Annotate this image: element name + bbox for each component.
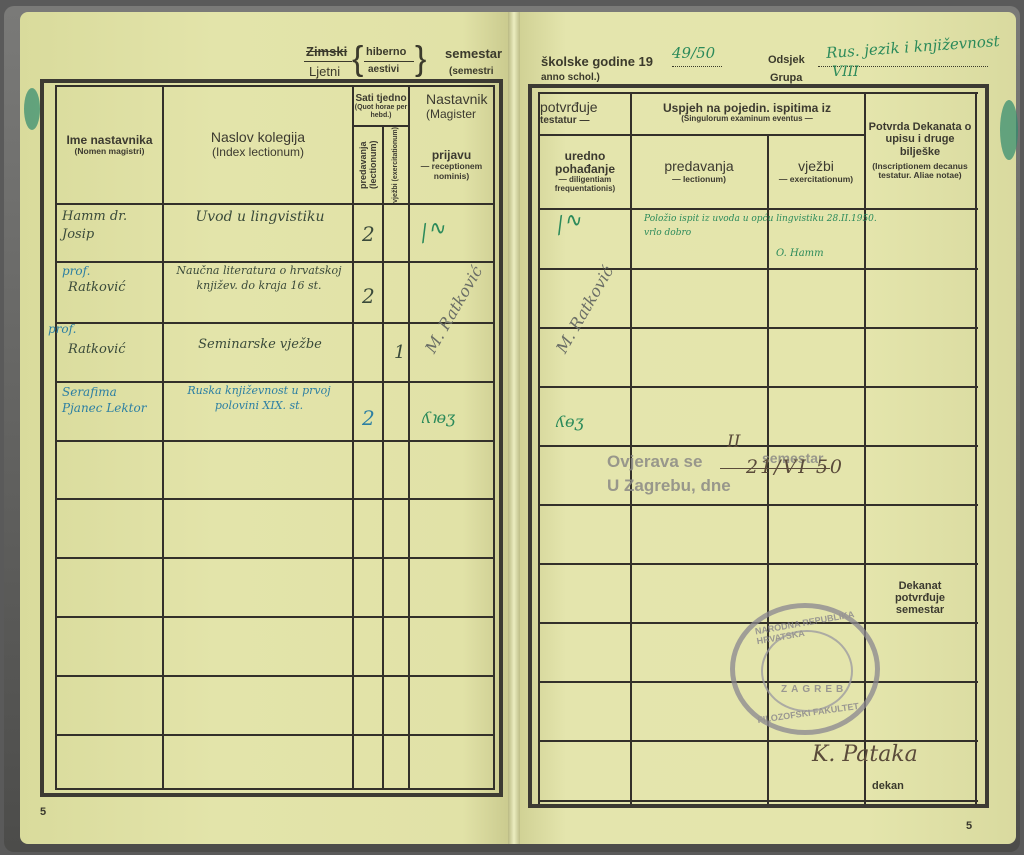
latin-winter: hiberno bbox=[366, 46, 406, 58]
school-year-value: 49/50 bbox=[672, 44, 715, 62]
header-text: Nastavnik bbox=[426, 92, 487, 108]
row4-course: Ruska književnost u prvoj polovini XIX. … bbox=[166, 384, 352, 414]
col-header-hours: Sati tjedno (Quot horae per hebd.) bbox=[354, 87, 408, 125]
col-header-attendance: uredno pohađanje — diligentiam frequenta… bbox=[540, 136, 630, 208]
latin-summer: aestivi bbox=[368, 64, 399, 75]
row1-exam-signature: O. Hamm bbox=[776, 248, 824, 259]
row1-lectures-hours: 2 bbox=[362, 222, 375, 246]
right-page-number: 5 bbox=[966, 820, 972, 832]
ink-stain bbox=[1000, 100, 1018, 160]
header-subtext: — diligentiam frequentationis) bbox=[542, 176, 628, 194]
col-header-exercises: vježbi (exercitationum) bbox=[384, 127, 408, 203]
seal-city: ZAGREB bbox=[781, 684, 847, 695]
school-year-latin: anno schol.) bbox=[541, 72, 600, 83]
stamp-semester-handwritten: II bbox=[727, 432, 740, 452]
header-text: prijavu bbox=[432, 149, 471, 162]
book-gutter bbox=[508, 12, 520, 844]
round-seal: NARODNA REPUBLIKA HRVATSKA FILOZOFSKI FA… bbox=[730, 603, 880, 735]
header-text: Naslov kolegija bbox=[211, 130, 305, 146]
semester-latin: (semestri bbox=[449, 66, 493, 77]
header-subtext: (Nomen magistri) bbox=[75, 147, 145, 157]
header-subtext: (Magister bbox=[426, 108, 476, 121]
header-text: vježbi (exercitationum) bbox=[392, 127, 400, 203]
group-value: VIII bbox=[832, 64, 859, 80]
dean-signature: K. Pataka bbox=[812, 742, 918, 767]
dean-title: dekan bbox=[872, 780, 904, 792]
stamp-line2: U Zagrebu, dne bbox=[607, 476, 731, 496]
header-subtext: — exercitationum) bbox=[779, 175, 853, 185]
col-header-exam-lectures: predavanja — lectionum) bbox=[632, 136, 766, 208]
fraction-line bbox=[304, 61, 352, 62]
ink-stain bbox=[24, 88, 40, 130]
header-text: vježbi bbox=[798, 159, 834, 175]
col-header-teacher: Ime nastavnika (Nomen magistri) bbox=[57, 87, 162, 203]
col-header-exam-success: Uspjeh na pojedin. ispitima iz (Singulor… bbox=[632, 92, 862, 134]
header-subtext: testatur — bbox=[540, 115, 589, 126]
group-label: Grupa bbox=[770, 72, 802, 84]
row2-lectures-hours: 2 bbox=[362, 284, 375, 308]
header-subtext: — lectionum) bbox=[672, 175, 726, 185]
row3-teacher: Ratković bbox=[68, 342, 126, 357]
stamp-date-handwritten: 21/VI 50 bbox=[746, 456, 844, 478]
brace-right: } bbox=[415, 40, 426, 79]
col-header-teacher-confirms: Nastavnik (Magister bbox=[410, 87, 526, 127]
row3-exercises-hours: 1 bbox=[394, 342, 405, 363]
term-summer: Ljetni bbox=[309, 64, 340, 79]
header-subtext: (Singulorum examinum eventus — bbox=[681, 115, 813, 124]
header-subtext: (Inscriptionem decanus testatur. Aliae n… bbox=[866, 162, 974, 181]
header-text: predavanja bbox=[664, 159, 733, 175]
dean-confirms-label: Dekanat potvrđuje semestar bbox=[866, 572, 974, 624]
header-subtext: (Quot horae per hebd.) bbox=[354, 104, 408, 120]
school-year-label: školske godine 19 bbox=[541, 54, 653, 69]
semester-label: semestar bbox=[445, 46, 502, 61]
header-text: uredno pohađanje bbox=[550, 150, 620, 177]
header-text: predavanja (lectionum) bbox=[358, 127, 378, 203]
dean-label-text: Dekanat potvrđuje semestar bbox=[880, 580, 960, 617]
col-header-dean-notes: Potvrda Dekanata o upisu i druge bilješk… bbox=[866, 94, 974, 208]
col-header-exam-exercises: vježbi — exercitationum) bbox=[769, 136, 863, 208]
row3-teacher-prefix: prof. bbox=[48, 322, 76, 336]
department-label: Odsjek bbox=[768, 54, 805, 66]
row4-teacher: Serafima Pjanec Lektor bbox=[62, 384, 157, 416]
row2-teacher: Ratković bbox=[68, 280, 126, 295]
header-text: Uspjeh na pojedin. ispitima iz bbox=[663, 102, 831, 115]
row4-lectures-hours: 2 bbox=[362, 406, 375, 430]
row4-attendance-signature: ʎɵʒ bbox=[556, 412, 584, 431]
header-subtext: — receptionem nominis) bbox=[410, 162, 493, 181]
header-text: Ime nastavnika bbox=[66, 134, 152, 147]
left-page-number: 5 bbox=[40, 806, 46, 818]
row1-exam-note: Položio ispit iz uvoda u opću lingvistik… bbox=[644, 212, 894, 241]
header-text: Potvrda Dekanata o upisu i druge bilješk… bbox=[866, 121, 974, 158]
row4-registration-signature: ʎ℩ɵʒ bbox=[422, 408, 455, 427]
stamp-line1: Ovjerava se bbox=[607, 452, 702, 472]
header-subtext: (Index lectionum) bbox=[212, 146, 304, 159]
row1-teacher: Hamm dr. Josip bbox=[62, 208, 157, 244]
term-winter-struck: Zimski bbox=[306, 44, 347, 59]
brace-left: { bbox=[352, 40, 363, 79]
col-header-lectures: predavanja (lectionum) bbox=[354, 127, 382, 203]
dotted-line bbox=[672, 66, 722, 67]
col-header-course: Naslov kolegija (Index lectionum) bbox=[164, 87, 352, 203]
row2-course: Naučna literatura o hrvatskoj književ. d… bbox=[166, 264, 352, 294]
row1-course: Uvod u lingvistiku bbox=[180, 208, 340, 228]
header-text: potvrđuje bbox=[540, 100, 598, 116]
col-header-registration: prijavu — receptionem nominis) bbox=[410, 127, 493, 203]
row3-course: Seminarske vježbe bbox=[180, 336, 340, 354]
fraction-line bbox=[364, 61, 414, 62]
row2-teacher-prefix: prof. bbox=[62, 264, 90, 278]
header-text: Sati tjedno bbox=[355, 93, 406, 104]
col-header-confirms: potvrđuje testatur — bbox=[540, 92, 632, 134]
